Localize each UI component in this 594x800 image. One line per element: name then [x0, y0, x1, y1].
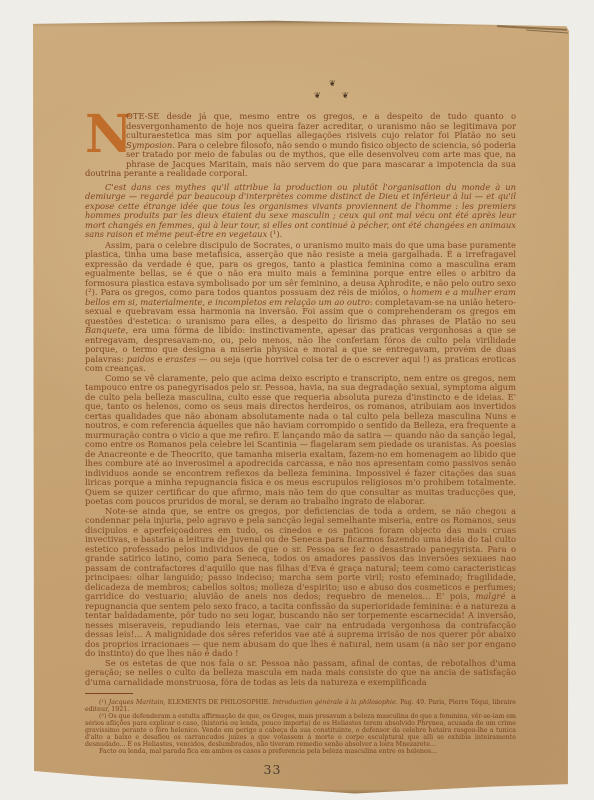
page-top-edge-shadow — [33, 20, 569, 27]
body-paragraph: Como se vê claramente, pelo que acima de… — [85, 374, 516, 507]
page-number: 33 — [57, 765, 488, 775]
footnote: (²) Os que defenderam a estulta affirmaç… — [85, 713, 516, 748]
footnote: (¹) Jacques Maritain, ELEMENTS DE PHILOS… — [85, 699, 516, 713]
text-column: NOTE-SE desde já que, mesmo entre os gre… — [85, 112, 516, 775]
body-paragraph: Assim, para o celebre discipulo de Socra… — [85, 241, 516, 374]
french-quotation-paragraph: C'est dans ces mythes qu'il attribue la … — [85, 183, 516, 240]
body-paragraph: Se os estetas de que nos fala o sr. Pess… — [85, 659, 516, 688]
fleuron-icon: ❦ — [342, 92, 349, 100]
page-bottom-edge-shadow — [33, 789, 569, 795]
footnote: Facto ou lenda, mal parada fica em ambos… — [85, 748, 516, 755]
opening-paragraph: NOTE-SE desde já que, mesmo entre os gre… — [85, 112, 516, 179]
scanned-book-page: ❦ ❦ ❦ NOTE-SE desde já que, mesmo entre … — [33, 20, 569, 795]
footnotes-block: (¹) Jacques Maritain, ELEMENTS DE PHILOS… — [85, 699, 516, 755]
body-paragraph: Note-se ainda que, se entre os gregos, p… — [85, 507, 516, 659]
fleuron-icon: ❦ — [329, 80, 336, 88]
drop-cap-letter: N — [85, 114, 121, 166]
ornament-cluster: ❦ ❦ ❦ — [85, 80, 516, 104]
opening-paragraph-text: OTE-SE desde já que, mesmo entre os greg… — [85, 111, 516, 178]
footnote-separator-rule — [85, 693, 133, 694]
fleuron-icon: ❦ — [314, 92, 321, 100]
